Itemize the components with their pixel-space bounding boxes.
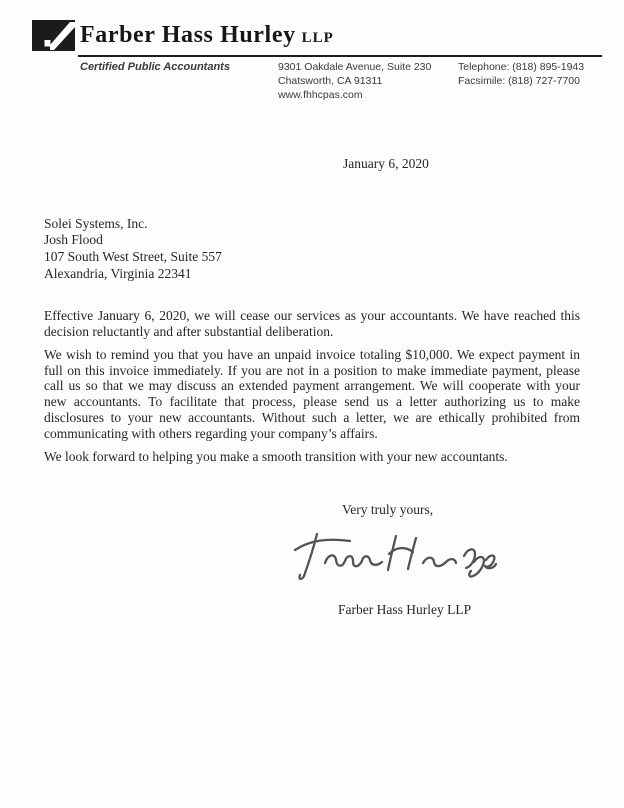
recipient-street: 107 South West Street, Suite 557 (44, 249, 580, 266)
paragraph-1: Effective January 6, 2020, we will cease… (44, 308, 580, 340)
firm-suffix: LLP (302, 30, 334, 46)
letter-date: January 6, 2020 (343, 156, 580, 172)
letterhead: Farber Hass HurleyLLP Certified Public A… (0, 0, 624, 128)
signature-icon (292, 526, 497, 584)
recipient-company: Solei Systems, Inc. (44, 216, 580, 233)
firm-name-text: Farber Hass Hurley (80, 22, 296, 48)
firm-address-block: 9301 Oakdale Avenue, Suite 230 Chatswort… (278, 60, 431, 102)
letter-paragraphs: Effective January 6, 2020, we will cease… (44, 308, 580, 464)
recipient-name: Josh Flood (44, 232, 580, 249)
firm-logo-icon (32, 20, 75, 51)
recipient-city: Alexandria, Virginia 22341 (44, 266, 580, 283)
letterhead-rule (78, 55, 602, 57)
firm-facsimile: Facsimile: (818) 727-7700 (458, 74, 584, 88)
recipient-address-block: Solei Systems, Inc. Josh Flood 107 South… (44, 216, 580, 282)
firm-address-line1: 9301 Oakdale Avenue, Suite 230 (278, 60, 431, 74)
signature-typed-name: Farber Hass Hurley LLP (338, 602, 580, 618)
firm-tagline: Certified Public Accountants (80, 60, 230, 74)
closing-salutation: Very truly yours, (342, 502, 580, 518)
firm-contact-block: Telephone: (818) 895-1943 Facsimile: (81… (458, 60, 584, 88)
scanned-letter-page: Farber Hass HurleyLLP Certified Public A… (0, 0, 624, 808)
firm-name: Farber Hass HurleyLLP (80, 22, 334, 49)
paragraph-3: We look forward to helping you make a sm… (44, 449, 580, 465)
letter-body: January 6, 2020 Solei Systems, Inc. Josh… (44, 128, 580, 618)
firm-telephone: Telephone: (818) 895-1943 (458, 60, 584, 74)
paragraph-2: We wish to remind you that you have an u… (44, 347, 580, 442)
firm-address-line2: Chatsworth, CA 91311 (278, 74, 431, 88)
firm-website: www.fhhcpas.com (278, 88, 431, 102)
